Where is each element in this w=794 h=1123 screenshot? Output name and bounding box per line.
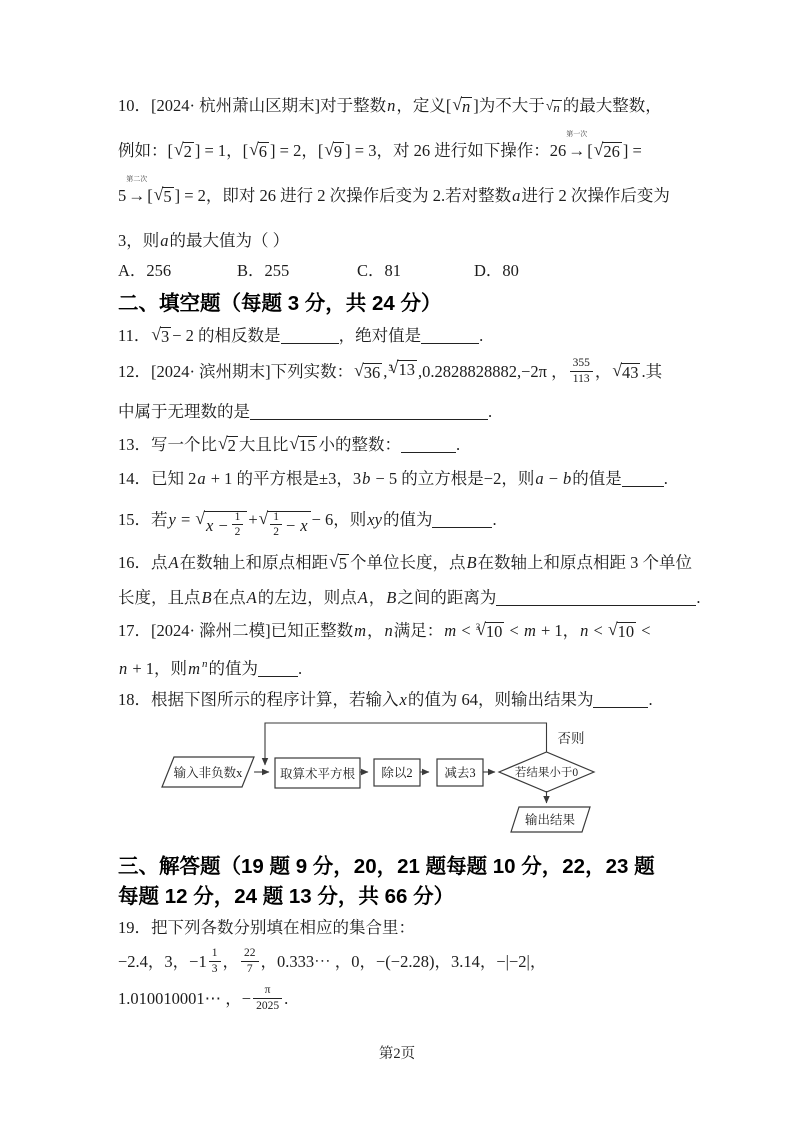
answer-blank [258, 662, 298, 677]
text-run: 小的整数： [318, 435, 401, 454]
text-run: . [664, 469, 668, 488]
sqrt-sign: √ [594, 141, 604, 158]
text-run: < [637, 621, 650, 640]
answer-blank [496, 591, 696, 606]
text-run: − 5 的立方根是−2，则 [371, 469, 534, 488]
radicand: 15 [298, 436, 318, 456]
text-run: −2.4，3，−1 [118, 952, 207, 971]
sqrt-sign: √ [389, 359, 399, 376]
text-run: ，0.333⋯ ，0，−(−2.28)，3.14，−|−2|， [261, 952, 547, 971]
text-run: . [648, 690, 652, 709]
radical: √5 [154, 187, 174, 207]
radicand: 9 [333, 142, 344, 162]
fraction: 12 [270, 510, 282, 540]
text-run: 中属于无理数的是 [118, 402, 250, 421]
text-run: . [479, 326, 483, 345]
numerator: 355 [570, 356, 593, 371]
exam-content: 10．[2024· 杭州萧山区期末]对于整数n，定义[√n]为不大于√n的最大整… [118, 95, 688, 1015]
exam-page: 10．[2024· 杭州萧山区期末]对于整数n，定义[√n]为不大于√n的最大整… [0, 0, 794, 1123]
q10-line3: 5第二次→[√5] = 2，即对 26 进行 2 次操作后变为 2.若对整数a进… [118, 185, 688, 207]
text-run: .其 [641, 362, 662, 381]
text-run: ， [367, 621, 384, 640]
radicand: 26 [602, 142, 622, 162]
radicand: 6 [258, 142, 269, 162]
program-flowchart: 输入非负数x 取算术平方根 除以2 减去3 若结果小于0 否则 输出结果 [153, 715, 653, 843]
sqrt-sign: √ [151, 326, 161, 343]
text-run: 的值是 [572, 469, 622, 488]
decision-label: 若结果小于0 [515, 765, 578, 779]
text-run: 的值为 [208, 659, 258, 678]
q10-line2: 例如：[√2] = 1，[√6] = 2，[√9] = 3，对 26 进行如下操… [118, 140, 688, 162]
text-run: 的左边，则点 [258, 588, 357, 607]
text-run: ] = 2，[ [270, 141, 323, 160]
fraction: 355113 [570, 356, 593, 386]
radical: √n [546, 100, 562, 116]
text-run: < [589, 621, 607, 640]
option-a: A．256 [118, 260, 237, 282]
text-run: < [505, 621, 523, 640]
variable: B [465, 553, 477, 572]
radical: √6 [249, 142, 269, 162]
answer-blank [421, 329, 479, 344]
q13-line: 13．写一个比√2大且比√15小的整数：. [118, 434, 688, 456]
answer-blank [593, 693, 648, 708]
text-run: 个单位长度，点 [350, 553, 466, 572]
arrow-icon: → [128, 186, 145, 205]
radicand: x −12 [204, 511, 247, 542]
variable: n [386, 96, 396, 115]
text-run: 13．写一个比 [118, 435, 217, 454]
text-run: ] = 2，即对 26 进行 2 次操作后变为 2.若对整数 [175, 186, 512, 205]
radicand: 5 [162, 187, 173, 207]
text-run: 的最大整数， [563, 96, 662, 115]
else-label: 否则 [558, 731, 585, 746]
variable: m [443, 621, 457, 640]
variable: a [511, 186, 521, 205]
q10-line1: 10．[2024· 杭州萧山区期末]对于整数n，定义[√n]为不大于√n的最大整… [118, 95, 688, 117]
text-run: ] = [623, 141, 642, 160]
text-run: 之间的距离为 [397, 588, 496, 607]
operation-arrow: 第二次→ [126, 185, 147, 207]
radicand: 12− x [267, 511, 310, 542]
denominator: 2 [270, 525, 282, 539]
radicand: 10 [485, 622, 505, 642]
q16-line2: 长度，且点B在点A的左边，则点A，B之间的距离为. [118, 587, 688, 609]
q12-line2: 中属于无理数的是. [118, 401, 688, 423]
text-run: 16．点 [118, 553, 168, 572]
radicand: 2 [183, 142, 194, 162]
sqrt-step-label: 取算术平方根 [280, 766, 356, 781]
radical: √26 [594, 142, 622, 162]
sqrt-sign: √ [546, 99, 554, 113]
variable: a [159, 231, 169, 250]
divide-label: 除以2 [381, 766, 412, 780]
radicand: 36 [363, 363, 383, 383]
text-run: 1.010010001⋯ ，− [118, 989, 251, 1008]
numerator: 1 [270, 510, 282, 525]
variable: n [118, 659, 128, 678]
text-run: . [696, 588, 700, 607]
text-run: 3，则 [118, 231, 159, 250]
text-run: . [488, 402, 492, 421]
text-run: 在数轴上和原点相距 [180, 553, 329, 572]
radical: √9 [324, 142, 344, 162]
text-run: = [177, 510, 195, 529]
text-run: − 6，则 [312, 510, 367, 529]
answer-blank [250, 405, 488, 420]
text-run: . [284, 989, 288, 1008]
text-run: ， [595, 362, 612, 381]
text-run: < [457, 621, 475, 640]
radical: √x −12 [195, 511, 247, 542]
text-run: . [456, 435, 460, 454]
numerator: π [253, 983, 282, 998]
text-run: 19．把下列各数分别填在相应的集合里： [118, 918, 415, 937]
radicand: 3 [160, 327, 171, 347]
sqrt-sign: √ [354, 362, 364, 379]
fraction: 227 [241, 946, 259, 976]
variable: b [361, 469, 371, 488]
q17-line1: 17．[2024· 滁州二模]已知正整数m，n满足：m < 3√10 < m +… [118, 620, 688, 644]
q19-numbers-line1: −2.4，3，−113，227，0.333⋯ ，0，−(−2.28)，3.14，… [118, 947, 688, 978]
fraction: π2025 [253, 983, 282, 1013]
text-run: 11． [118, 326, 150, 345]
fraction: 12 [232, 510, 244, 540]
variable: m [187, 659, 201, 678]
text-run: + [248, 510, 257, 529]
variable: x [399, 690, 408, 709]
text-run: ]为不大于 [473, 96, 545, 115]
radicand: 5 [338, 554, 349, 574]
text-run: 大且比 [239, 435, 289, 454]
variable-expression: x − [205, 516, 230, 535]
answer-blank [622, 472, 664, 487]
radicand: n [461, 97, 472, 117]
operation-label: 第二次 [126, 176, 147, 183]
radical: √n [452, 97, 472, 117]
text-run: 18．根据下图所示的程序计算，若输入 [118, 690, 399, 709]
operation-label: 第一次 [566, 131, 587, 138]
text-run: ，绝对值是 [339, 326, 422, 345]
denominator: 3 [209, 962, 221, 976]
text-run: 10．[2024· 杭州萧山区期末]对于整数 [118, 96, 386, 115]
text-run: 例如：[ [118, 141, 173, 160]
answer-blank [401, 438, 456, 453]
denominator: 7 [241, 962, 259, 976]
text-run: + 1，则 [128, 659, 187, 678]
fraction: 13 [209, 946, 221, 976]
radical: √3 [151, 327, 171, 347]
text-run: [ [147, 186, 153, 205]
radical: √5 [329, 554, 349, 574]
page-number: 第2页 [0, 1042, 794, 1063]
text-run: ] = 3，对 26 进行如下操作：26 [345, 141, 566, 160]
sqrt-sign: √ [324, 141, 334, 158]
variable: n [579, 621, 589, 640]
variable-expression: a − b [534, 469, 572, 488]
denominator: 2 [232, 525, 244, 539]
numerator: 22 [241, 946, 259, 961]
cube-root: 3√10 [476, 622, 505, 644]
variable: A [168, 553, 180, 572]
sqrt-sign: √ [154, 186, 164, 203]
text-run: 的值为 64，则输出结果为 [408, 690, 594, 709]
radical: √12− x [259, 511, 311, 542]
q10-options: A．256B．255C．81D．80 [118, 260, 688, 282]
section3-title-line2: 每题 12 分，24 题 13 分，共 66 分） [118, 883, 688, 911]
q17-line2: n + 1，则mn的值为. [118, 658, 688, 680]
operation-arrow: 第一次→ [566, 140, 587, 162]
text-run: 长度，且点 [118, 588, 201, 607]
section2-title: 二、填空题（每题 3 分，共 24 分） [118, 290, 688, 318]
radicand: 13 [397, 360, 417, 380]
sqrt-sign: √ [608, 621, 618, 638]
option-b: B．255 [237, 260, 357, 282]
answer-blank [281, 329, 339, 344]
text-run: + 1， [537, 621, 579, 640]
q12-line1: 12．[2024· 滨州期末]下列实数：√36,3√13,0.282882888… [118, 358, 688, 388]
numerator: 1 [209, 946, 221, 961]
text-run: − 2 的相反数是 [172, 326, 280, 345]
cube-root: 3√13 [388, 360, 417, 388]
radicand: 2 [227, 436, 238, 456]
text-run: ， [369, 588, 386, 607]
radicand: 43 [621, 363, 641, 383]
q11-line: 11．√3− 2 的相反数是，绝对值是. [118, 325, 688, 347]
text-run: 在数轴上和原点相距 3 个单位 [478, 553, 693, 572]
sqrt-sign: √ [259, 510, 269, 527]
radical: √10 [608, 622, 636, 642]
q16-line1: 16．点A在数轴上和原点相距√5个单位长度，点B在数轴上和原点相距 3 个单位 [118, 552, 688, 574]
variable: A [357, 588, 369, 607]
sqrt-sign: √ [612, 362, 622, 379]
text-run: 进行 2 次操作后变为 [521, 186, 670, 205]
output-label: 输出结果 [525, 812, 576, 827]
radicand: 10 [617, 622, 637, 642]
text-run: , [383, 362, 387, 381]
q10-line4: 3，则a的最大值为（ ） [118, 230, 688, 252]
answer-blank [432, 513, 492, 528]
radical: √2 [218, 436, 238, 456]
radical: √15 [289, 436, 317, 456]
sqrt-sign: √ [218, 435, 228, 452]
variable: B [385, 588, 397, 607]
numerator: 1 [232, 510, 244, 525]
q15-line: 15．若y = √x −12+√12− x− 6，则xy的值为. [118, 502, 688, 542]
variable-expression: xy [366, 510, 383, 529]
arrow-icon: → [568, 141, 585, 160]
q18-line: 18．根据下图所示的程序计算，若输入x的值为 64，则输出结果为. [118, 689, 688, 711]
text-run: 14．已知 2 [118, 469, 196, 488]
q14-line: 14．已知 2a + 1 的平方根是±3，3b − 5 的立方根是−2，则a −… [118, 468, 688, 490]
text-run: 17．[2024· 滁州二模]已知正整数 [118, 621, 353, 640]
variable: a [196, 469, 206, 488]
variable: m [353, 621, 367, 640]
denominator: 2025 [253, 999, 282, 1013]
text-run: [ [587, 141, 593, 160]
radical: √36 [354, 363, 382, 383]
sqrt-sign: √ [452, 96, 462, 113]
flowchart-graphic: 输入非负数x 取算术平方根 除以2 减去3 若结果小于0 否则 输出结果 [153, 715, 653, 843]
variable: y [168, 510, 177, 529]
sqrt-sign: √ [289, 435, 299, 452]
sqrt-sign: √ [329, 553, 339, 570]
text-run: 15．若 [118, 510, 168, 529]
radical: √2 [174, 142, 194, 162]
sqrt-sign: √ [174, 141, 184, 158]
text-run: 的最大值为（ ） [170, 231, 290, 250]
subtract-label: 减去3 [444, 765, 475, 780]
option-d: D．80 [474, 260, 519, 282]
text-run: 12．[2024· 滨州期末]下列实数： [118, 362, 353, 381]
text-run: 的值为 [383, 510, 433, 529]
section3-title-line1: 三、解答题（19 题 9 分，20，21 题每题 10 分，22，23 题 [118, 853, 688, 881]
option-c: C．81 [357, 260, 474, 282]
text-run: . [298, 659, 302, 678]
variable-expression: − x [284, 516, 309, 535]
variable: n [384, 621, 394, 640]
q19-intro: 19．把下列各数分别填在相应的集合里： [118, 917, 688, 939]
variable: B [201, 588, 213, 607]
denominator: 113 [570, 372, 593, 386]
text-run: 5 [118, 186, 126, 205]
sqrt-sign: √ [249, 141, 259, 158]
text-run: . [492, 510, 496, 529]
input-label: 输入非负数x [174, 765, 244, 780]
text-run: ， [223, 952, 240, 971]
q19-numbers-line2: 1.010010001⋯ ，−π2025. [118, 984, 688, 1015]
text-run: + 1 的平方根是±3，3 [207, 469, 362, 488]
text-run: ，定义[ [396, 96, 451, 115]
sqrt-sign: √ [195, 510, 205, 527]
radical: √43 [612, 363, 640, 383]
sqrt-sign: √ [476, 621, 486, 638]
text-run: 在点 [213, 588, 246, 607]
text-run: ,0.2828828882,−2π ， [418, 362, 568, 381]
text-run: 满足： [394, 621, 444, 640]
variable: A [246, 588, 258, 607]
variable: m [523, 621, 537, 640]
text-run: ] = 1，[ [195, 141, 248, 160]
